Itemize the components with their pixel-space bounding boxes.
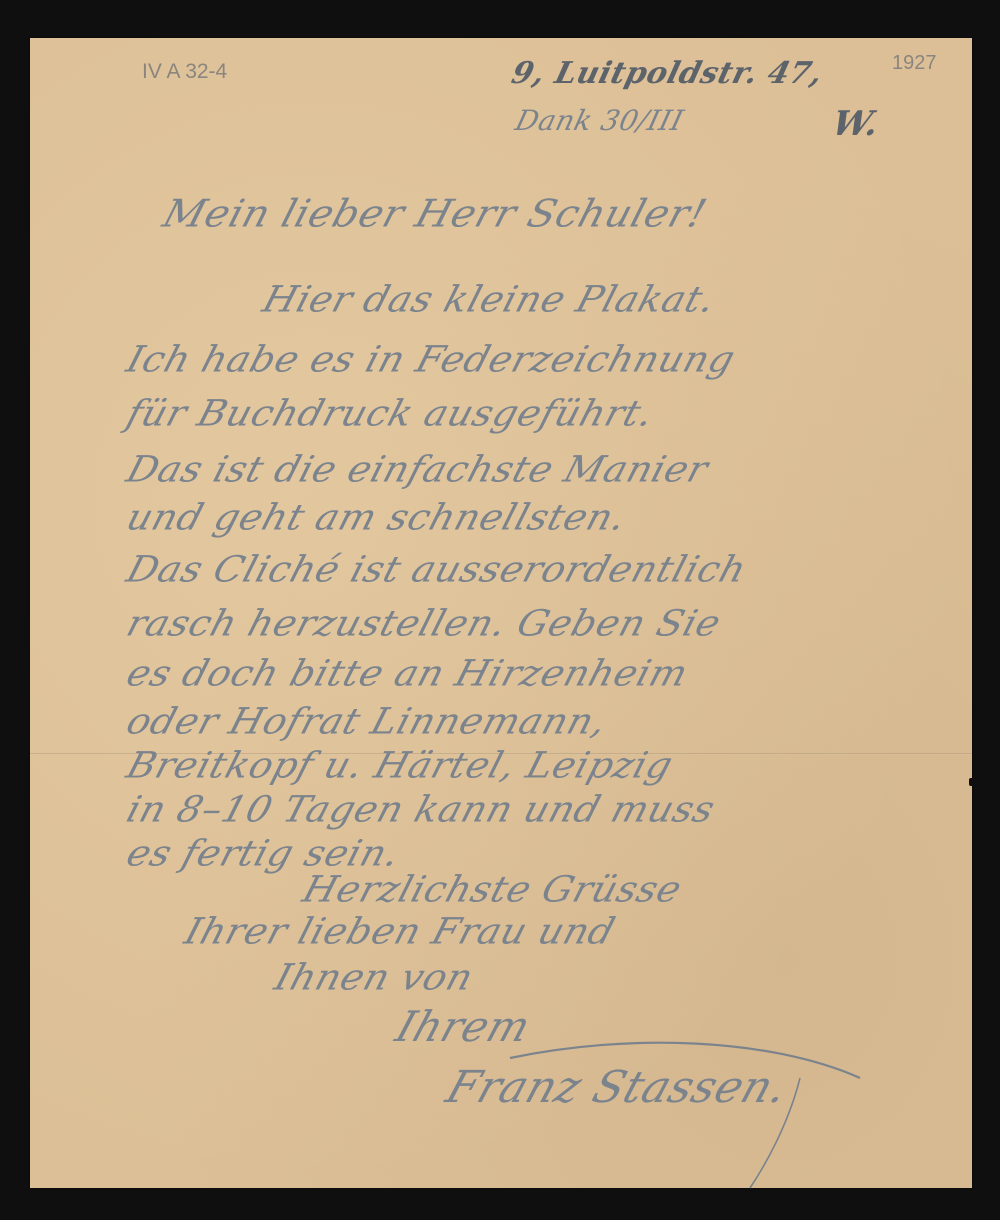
signature-flourish <box>470 1038 890 1198</box>
body-line: und geht am schnellsten. <box>122 496 631 538</box>
body-line: Breitkopf u. Härtel, Leipzig <box>122 744 678 786</box>
initial-mark: W. <box>828 104 884 144</box>
body-line: es doch bitte an Hirzenheim <box>122 652 693 694</box>
salutation: Mein lieber Herr Schuler! <box>158 192 712 236</box>
body-line: Hier das kleine Plakat. <box>258 278 720 320</box>
acknowledgement-note: Dank 30/III <box>512 104 687 137</box>
body-line: Das ist die einfachste Manier <box>122 448 713 490</box>
body-line: Das Cliché ist ausserordentlich <box>122 548 751 590</box>
letter-sheet: IV A 32-4 1927 9, Luitpoldstr. 47, Dank … <box>30 38 972 1188</box>
archive-reference: IV A 32-4 <box>142 60 227 84</box>
closing-line: Ihnen von <box>270 956 478 998</box>
year-note: 1927 <box>892 52 937 75</box>
perforated-edge <box>30 35 972 41</box>
body-line: in 8–10 Tagen kann und muss <box>122 788 720 830</box>
body-line: für Buchdruck ausgeführt. <box>122 392 659 434</box>
closing-line: Ihrer lieben Frau und <box>180 910 620 952</box>
closing-line: Herzlichste Grüsse <box>298 868 687 910</box>
body-line: oder Hofrat Linnemann, <box>122 700 612 742</box>
fold-notch <box>969 778 974 786</box>
body-line: Ich habe es in Federzeichnung <box>122 338 740 380</box>
body-line: rasch herzustellen. Geben Sie <box>122 602 726 644</box>
sender-address: 9, Luitpoldstr. 47, <box>508 56 826 91</box>
